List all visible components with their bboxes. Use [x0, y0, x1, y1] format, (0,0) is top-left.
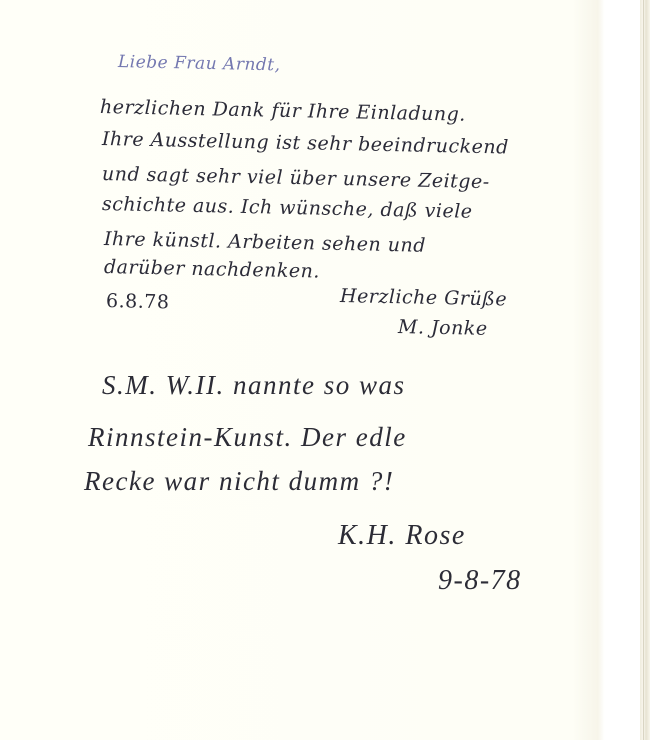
entry-2-line-3: Recke war nicht dumm ?!	[84, 466, 394, 497]
entry-2-line-1: S.M. W.II. nannte so was	[102, 370, 406, 401]
book-spine-line	[643, 0, 644, 740]
entry-1-line-3: und sagt sehr viel über unsere Zeitge-	[102, 163, 490, 193]
entry-1-date: 6.8.78	[106, 290, 170, 313]
entry-2-signature: K.H. Rose	[338, 520, 466, 552]
book-spine-edge	[640, 0, 650, 740]
entry-1-line-5: Ihre künstl. Arbeiten sehen und	[104, 228, 426, 257]
entry-2-line-2: Rinnstein-Kunst. Der edle	[88, 422, 407, 453]
entry-1-salutation: Liebe Frau Arndt,	[118, 52, 281, 75]
entry-2-date: 9-8-78	[438, 565, 522, 597]
entry-1-line-2: Ihre Ausstellung ist sehr beeindruckend	[102, 128, 509, 159]
entry-1-closing: Herzliche Grüße	[340, 285, 508, 310]
guestbook-page: Liebe Frau Arndt, herzlichen Dank für Ih…	[0, 0, 650, 740]
entry-1-line-4: schichte aus. Ich wünsche, daß viele	[102, 193, 473, 223]
entry-1-signature: M. Jonke	[398, 316, 488, 340]
entry-1-line-6: darüber nachdenken.	[104, 256, 320, 283]
entry-1-line-1: herzlichen Dank für Ihre Einladung.	[100, 96, 466, 126]
